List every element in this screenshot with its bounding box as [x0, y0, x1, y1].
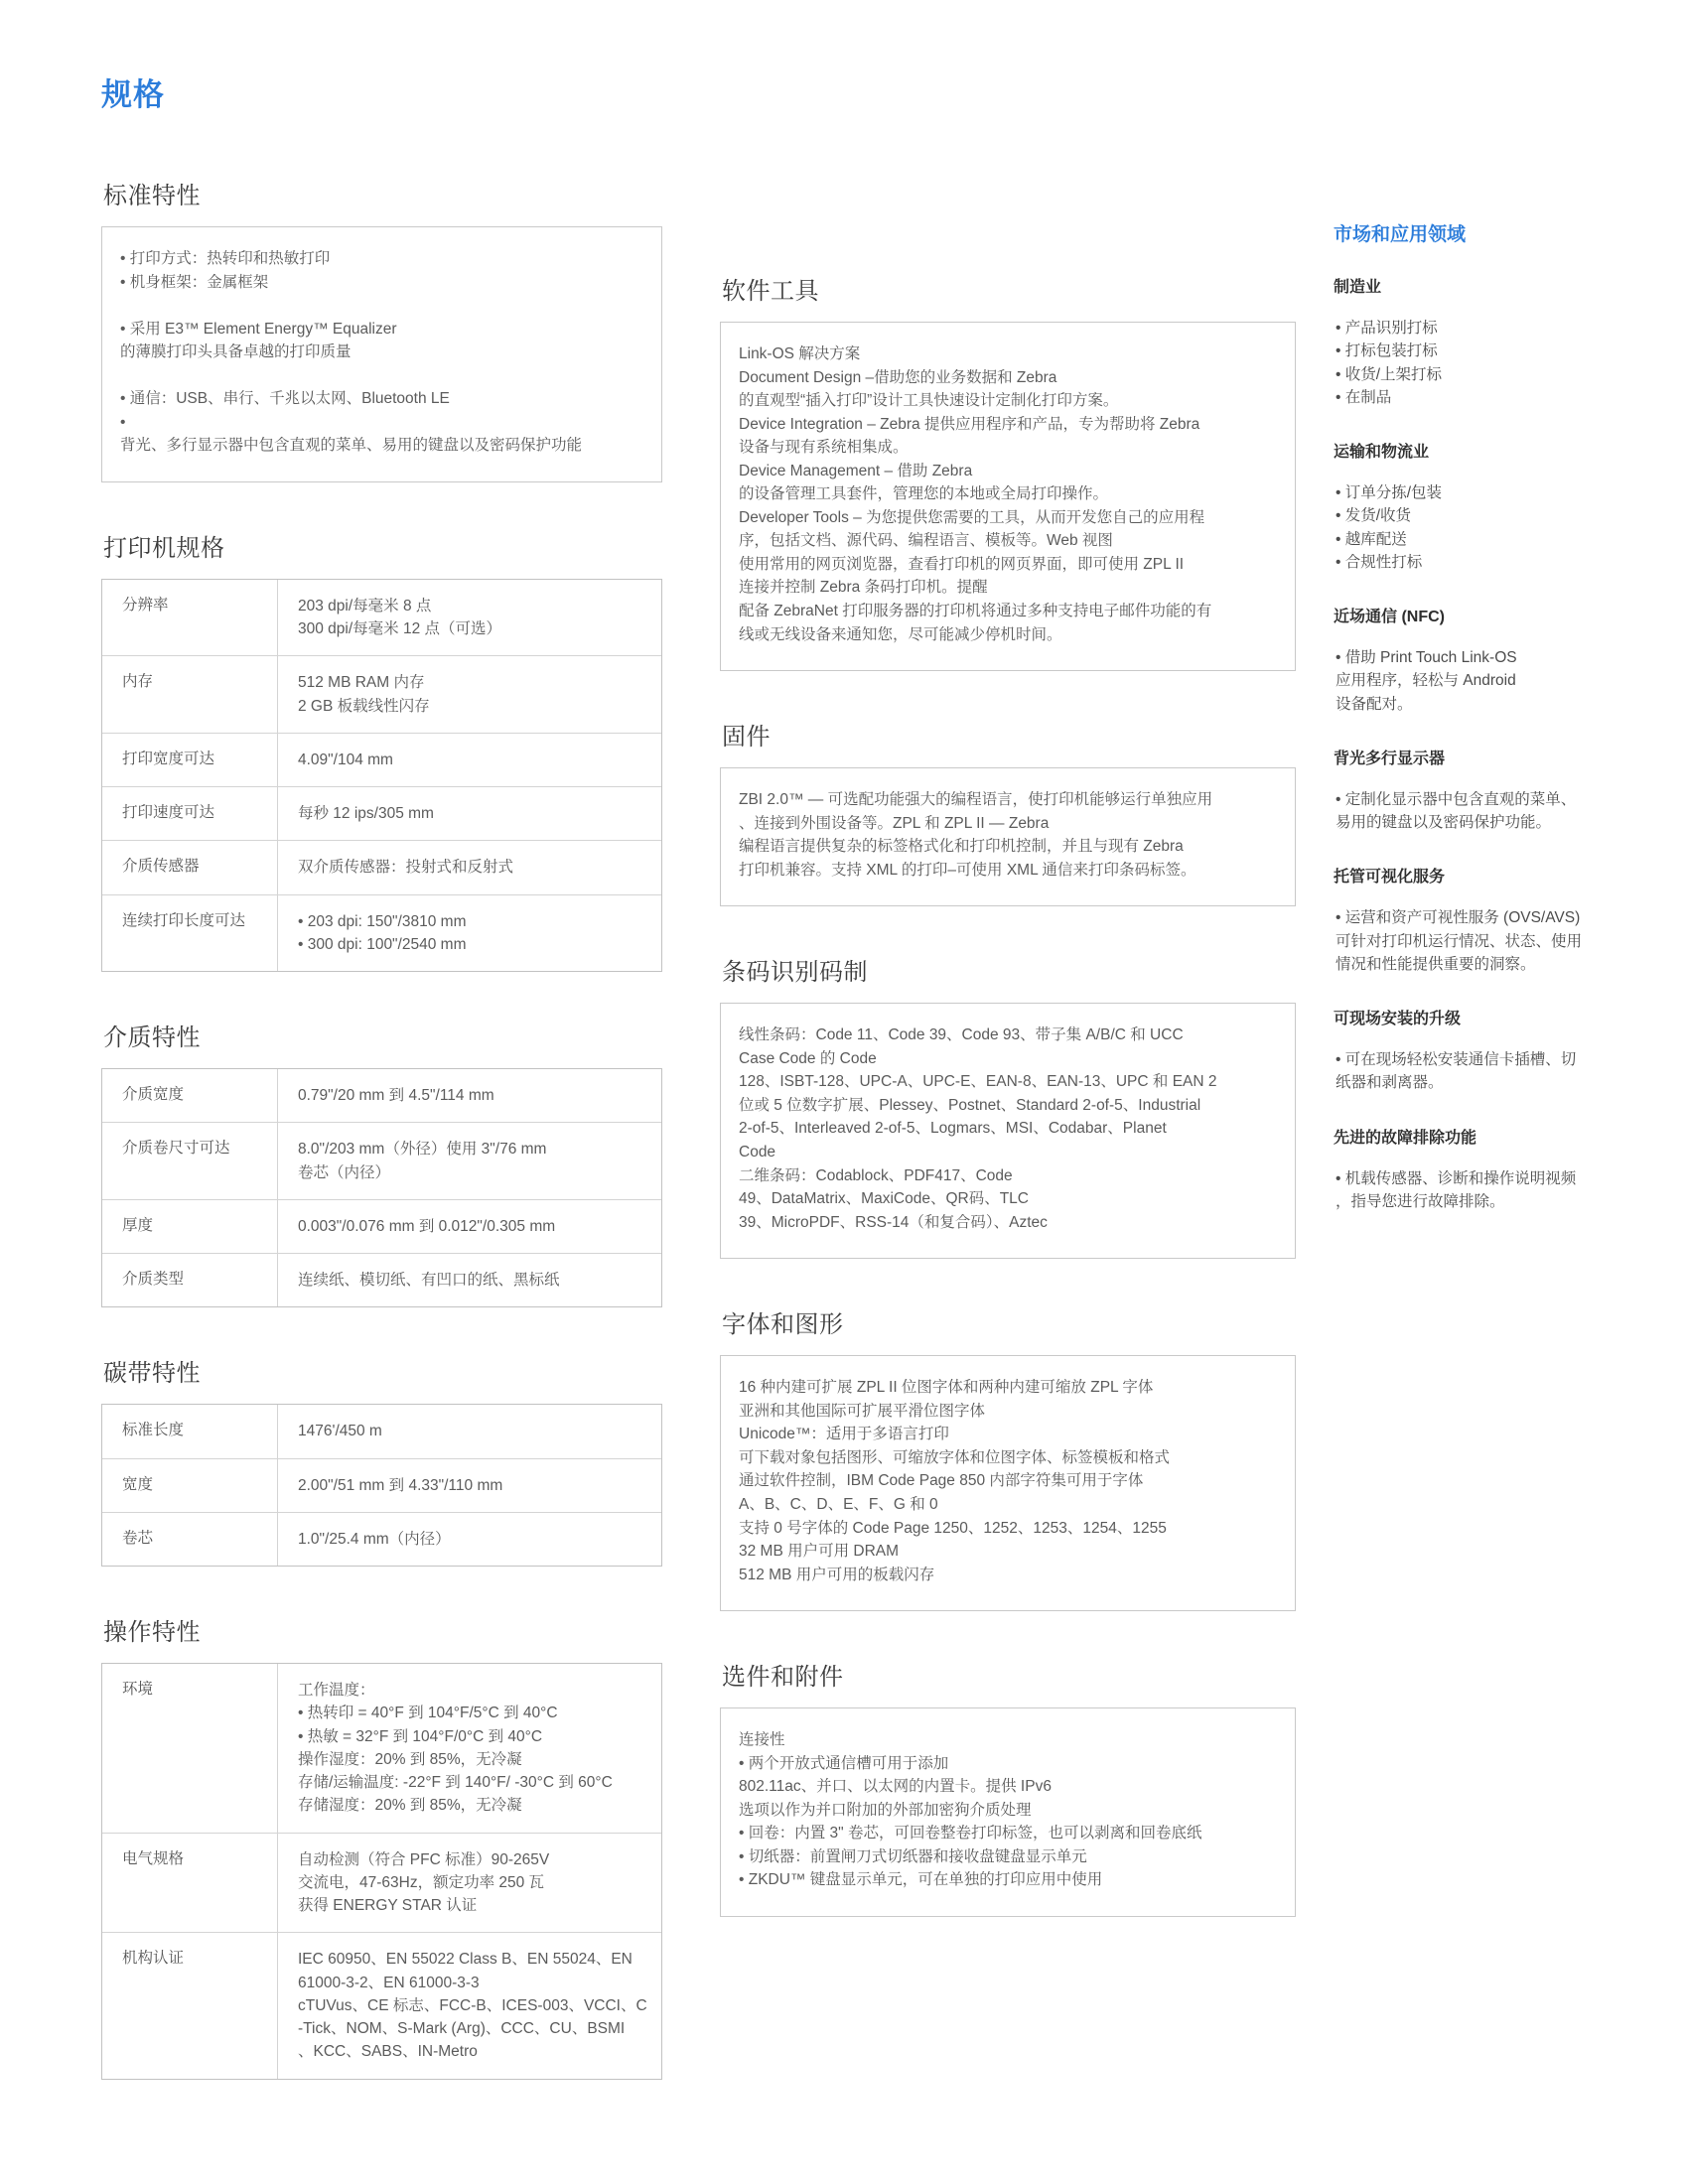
markets-heading: 市场和应用领域 — [1334, 219, 1669, 246]
section-options-accessories: 选件和附件 连接性 • 两个开放式通信槽可用于添加 802.11ac、并口、以太… — [720, 1657, 1296, 1917]
spec-label: 介质宽度 — [102, 1069, 278, 1122]
market-section-title: 制造业 — [1334, 274, 1669, 297]
market-section-troubleshooting: 先进的故障排除功能 • 机载传感器、诊断和操作说明视频 ，指导您进行故障排除。 — [1334, 1125, 1669, 1214]
spec-value: 双介质传感器：投射式和反射式 — [278, 841, 661, 893]
market-section-title: 先进的故障排除功能 — [1334, 1125, 1669, 1148]
section-standard-features: 标准特性 • 打印方式：热转印和热敏打印 • 机身框架：金属框架 • 采用 E3… — [101, 176, 662, 482]
section-fonts-graphics: 字体和图形 16 种内建可扩展 ZPL II 位图字体和两种内建可缩放 ZPL … — [720, 1304, 1296, 1611]
market-section-field-upgrades: 可现场安装的升级 • 可在现场轻松安装通信卡插槽、切 纸器和剥离器。 — [1334, 1006, 1669, 1095]
standard-features-body: • 打印方式：热转印和热敏打印 • 机身框架：金属框架 • 采用 E3™ Ele… — [101, 226, 662, 482]
table-row: 分辨率 203 dpi/每毫米 8 点 300 dpi/每毫米 12 点（可选） — [102, 580, 661, 656]
spec-value: 2.00"/51 mm 到 4.33"/110 mm — [278, 1459, 661, 1512]
market-section-body: • 可在现场轻松安装通信卡插槽、切 纸器和剥离器。 — [1336, 1048, 1669, 1095]
table-row: 宽度 2.00"/51 mm 到 4.33"/110 mm — [102, 1458, 661, 1512]
spec-label: 介质卷尺寸可达 — [102, 1123, 278, 1199]
ribbon-features-heading: 碳带特性 — [103, 1353, 662, 1388]
printer-specs-heading: 打印机规格 — [103, 528, 662, 563]
section-printer-specs: 打印机规格 分辨率 203 dpi/每毫米 8 点 300 dpi/每毫米 12… — [101, 528, 662, 972]
spec-value: 自动检测（符合 PFC 标准）90-265V 交流电，47-63Hz，额定功率 … — [278, 1834, 661, 1933]
right-column: 市场和应用领域 制造业 • 产品识别打标 • 打标包装打标 • 收货/上架打标 … — [1334, 219, 1669, 1243]
software-tools-body: Link-OS 解决方案 Document Design –借助您的业务数据和 … — [720, 322, 1296, 671]
spec-value: 203 dpi/每毫米 8 点 300 dpi/每毫米 12 点（可选） — [278, 580, 661, 656]
spec-label: 环境 — [102, 1664, 278, 1833]
spec-value: 工作温度： • 热转印 = 40°F 到 104°F/5°C 到 40°C • … — [278, 1664, 661, 1833]
media-features-table: 介质宽度 0.79"/20 mm 到 4.5"/114 mm 介质卷尺寸可达 8… — [101, 1068, 662, 1307]
section-software-tools: 软件工具 Link-OS 解决方案 Document Design –借助您的业… — [720, 271, 1296, 671]
options-accessories-body: 连接性 • 两个开放式通信槽可用于添加 802.11ac、并口、以太网的内置卡。… — [720, 1707, 1296, 1917]
columns-container: 标准特性 • 打印方式：热转印和热敏打印 • 机身框架：金属框架 • 采用 E3… — [101, 176, 1658, 2125]
spec-label: 卷芯 — [102, 1513, 278, 1566]
market-section-body: • 借助 Print Touch Link-OS 应用程序，轻松与 Androi… — [1336, 646, 1669, 716]
table-row: 标准长度 1476'/450 m — [102, 1405, 661, 1457]
spec-label: 分辨率 — [102, 580, 278, 656]
options-accessories-heading: 选件和附件 — [722, 1657, 1296, 1692]
spec-value: 0.003"/0.076 mm 到 0.012"/0.305 mm — [278, 1200, 661, 1253]
spec-value: 1476'/450 m — [278, 1405, 661, 1457]
market-section-title: 近场通信 (NFC) — [1334, 604, 1669, 626]
ribbon-features-table: 标准长度 1476'/450 m 宽度 2.00"/51 mm 到 4.33"/… — [101, 1404, 662, 1567]
market-section-title: 可现场安装的升级 — [1334, 1006, 1669, 1028]
spec-label: 机构认证 — [102, 1933, 278, 2078]
spec-label: 介质类型 — [102, 1254, 278, 1306]
spec-label: 电气规格 — [102, 1834, 278, 1933]
spec-label: 内存 — [102, 656, 278, 733]
firmware-heading: 固件 — [722, 717, 1296, 751]
market-section-backlit-display: 背光多行显示器 • 定制化显示器中包含直观的菜单、 易用的键盘以及密码保护功能。 — [1334, 746, 1669, 835]
spec-label: 厚度 — [102, 1200, 278, 1253]
firmware-body: ZBI 2.0™ — 可选配功能强大的编程语言，使打印机能够运行单独应用 、连接… — [720, 767, 1296, 906]
market-section-nfc: 近场通信 (NFC) • 借助 Print Touch Link-OS 应用程序… — [1334, 604, 1669, 716]
left-column: 标准特性 • 打印方式：热转印和热敏打印 • 机身框架：金属框架 • 采用 E3… — [101, 176, 662, 2125]
printer-specs-table: 分辨率 203 dpi/每毫米 8 点 300 dpi/每毫米 12 点（可选）… — [101, 579, 662, 972]
spec-value: • 203 dpi: 150"/3810 mm • 300 dpi: 100"/… — [278, 895, 661, 972]
market-section-manufacturing: 制造业 • 产品识别打标 • 打标包装打标 • 收货/上架打标 • 在制品 — [1334, 274, 1669, 409]
table-row: 机构认证 IEC 60950、EN 55022 Class B、EN 55024… — [102, 1932, 661, 2078]
market-section-body: • 机载传感器、诊断和操作说明视频 ，指导您进行故障排除。 — [1336, 1167, 1669, 1214]
fonts-graphics-body: 16 种内建可扩展 ZPL II 位图字体和两种内建可缩放 ZPL 字体 亚洲和… — [720, 1355, 1296, 1611]
spec-sheet-page: 规格 标准特性 • 打印方式：热转印和热敏打印 • 机身框架：金属框架 • 采用… — [0, 0, 1688, 2165]
spec-label: 连续打印长度可达 — [102, 895, 278, 972]
section-firmware: 固件 ZBI 2.0™ — 可选配功能强大的编程语言，使打印机能够运行单独应用 … — [720, 717, 1296, 906]
barcode-symbologies-body: 线性条码：Code 11、Code 39、Code 93、带子集 A/B/C 和… — [720, 1003, 1296, 1259]
spec-value: 每秒 12 ips/305 mm — [278, 787, 661, 840]
standard-features-heading: 标准特性 — [103, 176, 662, 210]
market-section-body: • 运营和资产可视性服务 (OVS/AVS) 可针对打印机运行情况、状态、使用 … — [1336, 906, 1669, 976]
section-ribbon-features: 碳带特性 标准长度 1476'/450 m 宽度 2.00"/51 mm 到 4… — [101, 1353, 662, 1567]
spec-value: 连续纸、模切纸、有凹口的纸、黑标纸 — [278, 1254, 661, 1306]
table-row: 厚度 0.003"/0.076 mm 到 0.012"/0.305 mm — [102, 1199, 661, 1253]
spec-value: 0.79"/20 mm 到 4.5"/114 mm — [278, 1069, 661, 1122]
operating-features-heading: 操作特性 — [103, 1612, 662, 1647]
spec-label: 打印宽度可达 — [102, 734, 278, 786]
table-row: 环境 工作温度： • 热转印 = 40°F 到 104°F/5°C 到 40°C… — [102, 1664, 661, 1833]
table-row: 连续打印长度可达 • 203 dpi: 150"/3810 mm • 300 d… — [102, 894, 661, 972]
spec-label: 标准长度 — [102, 1405, 278, 1457]
market-section-body: • 定制化显示器中包含直观的菜单、 易用的键盘以及密码保护功能。 — [1336, 788, 1669, 835]
media-features-heading: 介质特性 — [103, 1018, 662, 1052]
table-row: 打印宽度可达 4.09"/104 mm — [102, 733, 661, 786]
spec-value: IEC 60950、EN 55022 Class B、EN 55024、EN 6… — [278, 1933, 661, 2078]
table-row: 介质卷尺寸可达 8.0"/203 mm（外径）使用 3"/76 mm 卷芯（内径… — [102, 1122, 661, 1199]
spec-value: 512 MB RAM 内存 2 GB 板载线性闪存 — [278, 656, 661, 733]
market-section-visibility-services: 托管可视化服务 • 运营和资产可视性服务 (OVS/AVS) 可针对打印机运行情… — [1334, 864, 1669, 976]
barcode-symbologies-heading: 条码识别码制 — [722, 952, 1296, 987]
table-row: 电气规格 自动检测（符合 PFC 标准）90-265V 交流电，47-63Hz，… — [102, 1833, 661, 1933]
table-row: 介质宽度 0.79"/20 mm 到 4.5"/114 mm — [102, 1069, 661, 1122]
market-section-transport-logistics: 运输和物流业 • 订单分拣/包装 • 发货/收货 • 越库配送 • 合规性打标 — [1334, 439, 1669, 574]
spec-label: 打印速度可达 — [102, 787, 278, 840]
page-title: 规格 — [101, 69, 1658, 114]
spec-value: 8.0"/203 mm（外径）使用 3"/76 mm 卷芯（内径） — [278, 1123, 661, 1199]
section-operating-features: 操作特性 环境 工作温度： • 热转印 = 40°F 到 104°F/5°C 到… — [101, 1612, 662, 2080]
market-section-title: 运输和物流业 — [1334, 439, 1669, 462]
market-section-body: • 订单分拣/包装 • 发货/收货 • 越库配送 • 合规性打标 — [1336, 481, 1669, 574]
table-row: 打印速度可达 每秒 12 ips/305 mm — [102, 786, 661, 840]
spec-label: 宽度 — [102, 1459, 278, 1512]
operating-features-table: 环境 工作温度： • 热转印 = 40°F 到 104°F/5°C 到 40°C… — [101, 1663, 662, 2080]
section-barcode-symbologies: 条码识别码制 线性条码：Code 11、Code 39、Code 93、带子集 … — [720, 952, 1296, 1259]
table-row: 卷芯 1.0"/25.4 mm（内径） — [102, 1512, 661, 1566]
table-row: 介质传感器 双介质传感器：投射式和反射式 — [102, 840, 661, 893]
table-row: 内存 512 MB RAM 内存 2 GB 板载线性闪存 — [102, 655, 661, 733]
spec-label: 介质传感器 — [102, 841, 278, 893]
spec-value: 4.09"/104 mm — [278, 734, 661, 786]
market-section-title: 托管可视化服务 — [1334, 864, 1669, 887]
market-section-body: • 产品识别打标 • 打标包装打标 • 收货/上架打标 • 在制品 — [1336, 317, 1669, 409]
fonts-graphics-heading: 字体和图形 — [722, 1304, 1296, 1339]
software-tools-heading: 软件工具 — [722, 271, 1296, 306]
market-section-title: 背光多行显示器 — [1334, 746, 1669, 768]
section-media-features: 介质特性 介质宽度 0.79"/20 mm 到 4.5"/114 mm 介质卷尺… — [101, 1018, 662, 1307]
table-row: 介质类型 连续纸、模切纸、有凹口的纸、黑标纸 — [102, 1253, 661, 1306]
middle-column: 软件工具 Link-OS 解决方案 Document Design –借助您的业… — [720, 271, 1296, 1963]
spec-value: 1.0"/25.4 mm（内径） — [278, 1513, 661, 1566]
